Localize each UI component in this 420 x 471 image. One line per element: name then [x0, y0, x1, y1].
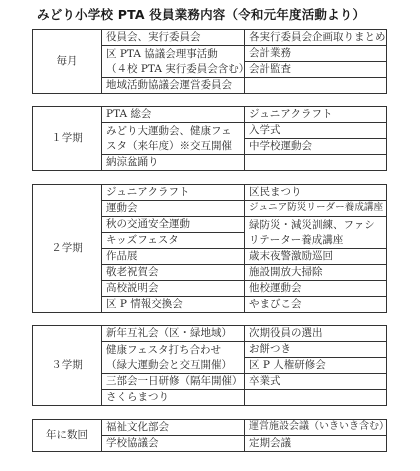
section-label: ３学期: [33, 326, 102, 406]
section-term1-table: １学期 PTA 総会 ジュニアクラフト みどり大運動会、健康フェスタ（来年度）※…: [32, 106, 387, 171]
task-cell: 作品展: [102, 249, 245, 265]
task-cell: 区 P 情報交換会: [102, 297, 245, 313]
section-several-times-table: 年に数回 福祉文化部会 運営施設会議（いきいき含む） 学校協議会 定期会議: [32, 419, 387, 452]
task-cell: 秋の交通安全運動: [102, 217, 245, 233]
task-line: 区 PTA 協議会理事活動: [106, 48, 218, 60]
task-cell-empty: [245, 78, 387, 94]
task-cell: さくらまつり: [102, 390, 245, 406]
task-cell: 他校運動会: [245, 281, 387, 297]
task-cell: 地域活動協議会運営委員会: [102, 78, 245, 94]
section-monthly-table: 毎月 役員会、実行委員会 各実行委員会企画取りまとめ 区 PTA 協議会理事活動…: [32, 29, 387, 94]
task-cell: 卒業式: [245, 374, 387, 390]
task-cell: 三部会一日研修（隔年開催）: [102, 374, 245, 390]
task-cell: 定期会議: [245, 436, 387, 452]
task-cell: やまびこ会: [245, 297, 387, 313]
task-cell: 福祉文化部会: [102, 420, 245, 436]
task-line: （４校 PTA 実行委員会含む）: [106, 63, 245, 75]
task-cell: 健康フェスタ打ち合わせ（緑大運動会と交互開催）: [102, 342, 245, 374]
task-cell: 入学式: [245, 123, 387, 139]
task-cell: 区 PTA 協議会理事活動 （４校 PTA 実行委員会含む）: [102, 46, 245, 78]
task-cell: 会計監査: [245, 62, 387, 78]
task-cell-empty: [245, 390, 387, 406]
task-cell: ジュニア防災リーダー養成講座: [245, 201, 387, 217]
task-cell: 次期役員の選出: [245, 326, 387, 342]
section-label: 年に数回: [33, 420, 102, 452]
section-label: 毎月: [33, 30, 102, 94]
task-cell: 歳末夜警激励巡回: [245, 249, 387, 265]
task-cell: 運営施設会議（いきいき含む）: [245, 420, 387, 436]
task-cell: ジュニアクラフト: [245, 107, 387, 123]
task-cell-empty: [245, 155, 387, 171]
task-cell: 施設開放大掃除: [245, 265, 387, 281]
task-cell: 運動会: [102, 201, 245, 217]
document-title: みどり小学校 PTA 役員業務内容（令和元年度活動より）: [37, 5, 365, 23]
task-cell: 学校協議会: [102, 436, 245, 452]
task-cell: ジュニアクラフト: [102, 185, 245, 201]
task-cell: 中学校運動会: [245, 139, 387, 155]
section-term2-table: ２学期 ジュニアクラフト 区民まつり 運動会 ジュニア防災リーダー養成講座 秋の…: [32, 184, 387, 313]
task-cell: 緑防災・減災訓練、ファシリテーター養成講座: [245, 217, 387, 249]
task-cell: 敬老祝賀会: [102, 265, 245, 281]
section-term3-table: ３学期 新年互礼会（区・緑地域） 次期役員の選出 健康フェスタ打ち合わせ（緑大運…: [32, 325, 387, 406]
task-cell: お餅つき: [245, 342, 387, 358]
task-cell: キッズフェスタ: [102, 233, 245, 249]
section-label: ２学期: [33, 185, 102, 313]
task-cell: 各実行委員会企画取りまとめ: [245, 30, 387, 46]
task-cell: 役員会、実行委員会: [102, 30, 245, 46]
task-cell: 高校説明会: [102, 281, 245, 297]
task-cell: 納涼盆踊り: [102, 155, 245, 171]
task-cell: みどり大運動会、健康フェスタ（来年度）※交互開催: [102, 123, 245, 155]
task-cell: PTA 総会: [102, 107, 245, 123]
task-cell: 区民まつり: [245, 185, 387, 201]
section-label: １学期: [33, 107, 102, 171]
task-cell: 新年互礼会（区・緑地域）: [102, 326, 245, 342]
task-cell: 区 P 人権研修会: [245, 358, 387, 374]
task-cell: 会計業務: [245, 46, 387, 62]
